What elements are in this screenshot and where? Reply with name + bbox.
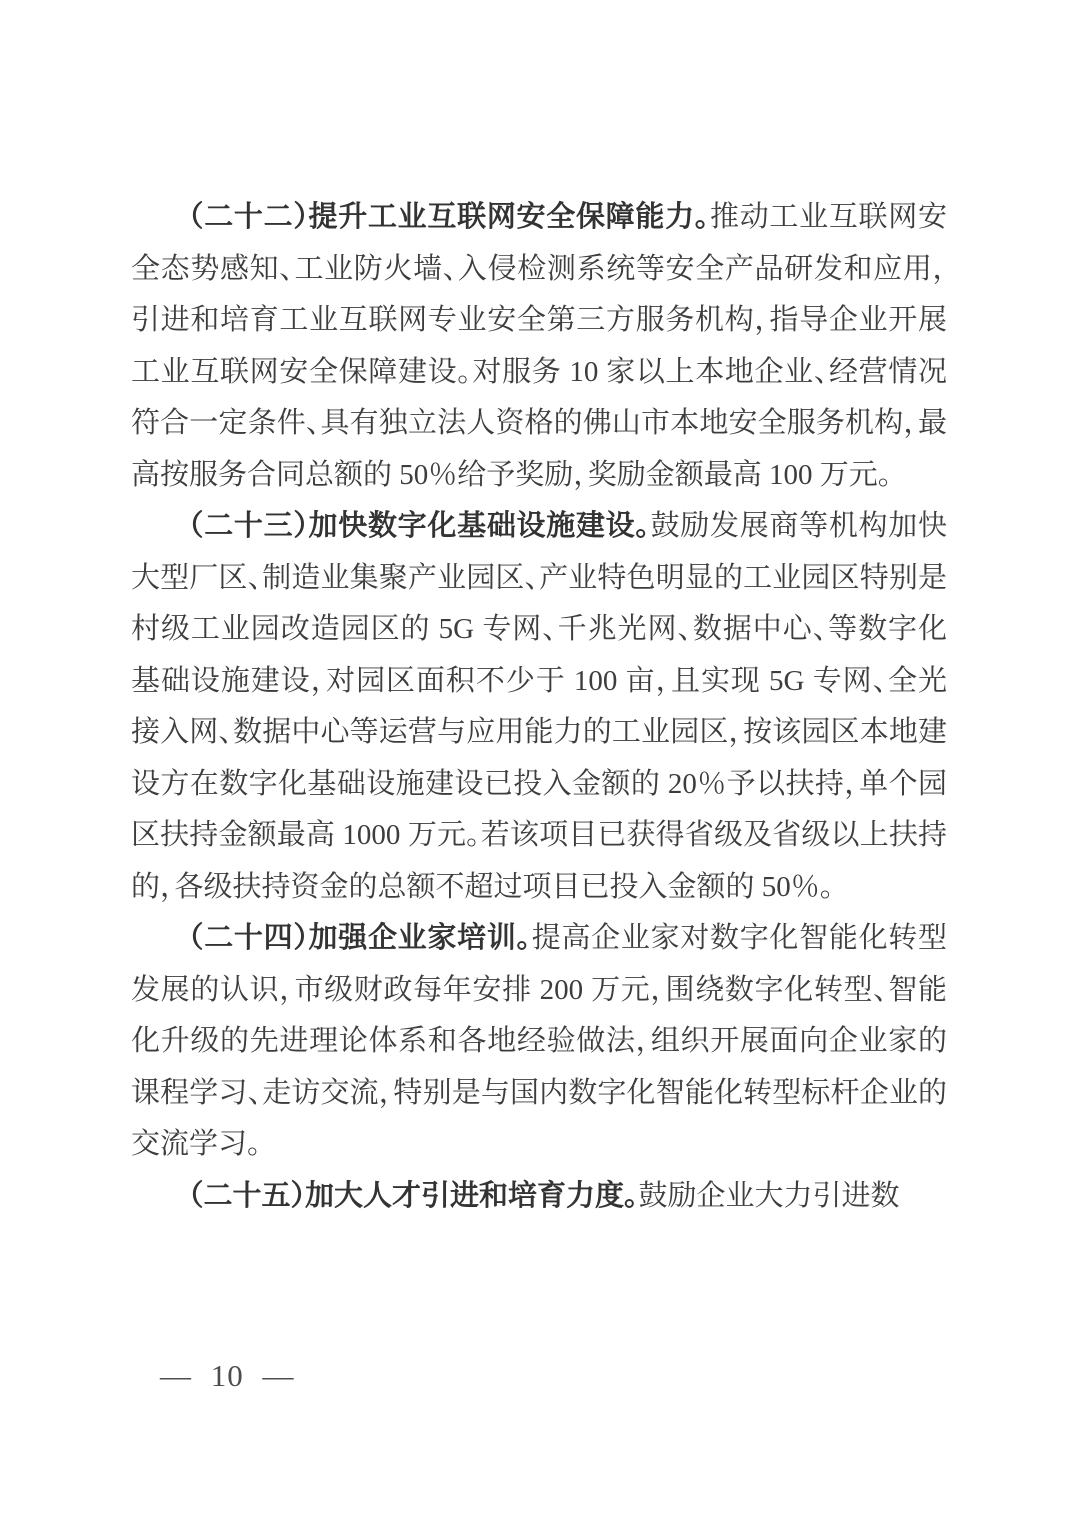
paragraph-25-body: 鼓励企业大力引进数 bbox=[639, 1180, 900, 1212]
paragraph-22-heading: （二十二）提升工业互联网安全保障能力。 bbox=[189, 201, 710, 233]
document-body: （二十二）提升工业互联网安全保障能力。推动工业互联网安全态势感知、工业防火墙、入… bbox=[131, 192, 947, 1222]
paragraph-22: （二十二）提升工业互联网安全保障能力。推动工业互联网安全态势感知、工业防火墙、入… bbox=[131, 192, 947, 501]
paragraph-24-body: 提高企业家对数字化智能化转型发展的认识，市级财政每年安排 200 万元，围绕数字… bbox=[131, 922, 947, 1160]
paragraph-23: （二十三）加快数字化基础设施建设。鼓励发展商等机构加快大型厂区、制造业集聚产业园… bbox=[131, 501, 947, 913]
document-page: （二十二）提升工业互联网安全保障能力。推动工业互联网安全态势感知、工业防火墙、入… bbox=[0, 0, 1080, 1526]
paragraph-25-heading: （二十五）加大人才引进和培育力度。 bbox=[189, 1180, 639, 1212]
paragraph-24: （二十四）加强企业家培训。提高企业家对数字化智能化转型发展的认识，市级财政每年安… bbox=[131, 913, 947, 1171]
paragraph-22-body: 推动工业互联网安全态势感知、工业防火墙、入侵检测系统等安全产品研发和应用，引进和… bbox=[131, 201, 947, 491]
page-number: — 10 — bbox=[160, 1356, 295, 1396]
paragraph-23-body: 鼓励发展商等机构加快大型厂区、制造业集聚产业园区、产业特色明显的工业园区特别是村… bbox=[131, 510, 947, 903]
paragraph-25: （二十五）加大人才引进和培育力度。鼓励企业大力引进数 bbox=[131, 1171, 947, 1223]
paragraph-24-heading: （二十四）加强企业家培训。 bbox=[189, 922, 532, 954]
paragraph-23-heading: （二十三）加快数字化基础设施建设。 bbox=[189, 510, 651, 542]
